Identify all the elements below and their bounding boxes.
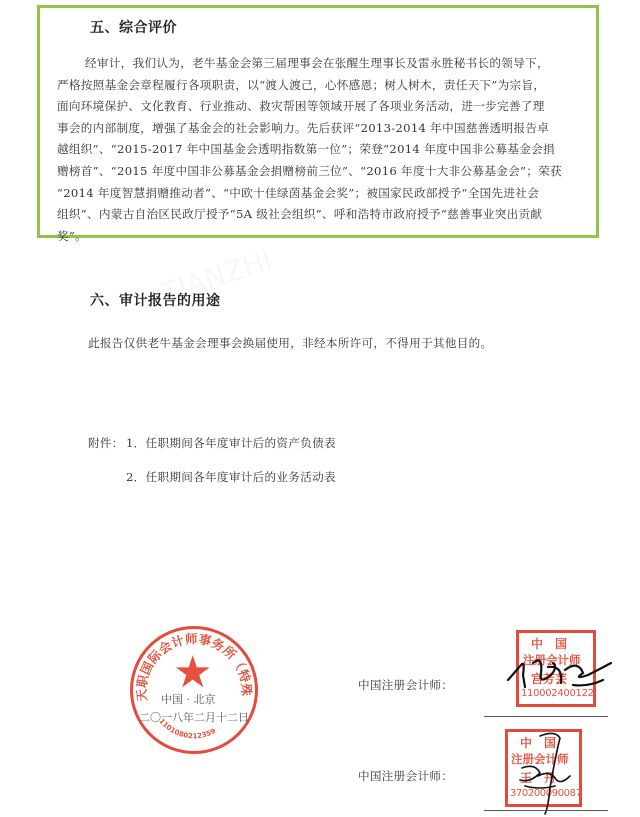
cpa-label-2: 中国注册会计师： <box>358 768 453 784</box>
document-page: TIANZHI 五、综合评价 经审计，我们认为，老牛基金会第三届理事会在张醒生理… <box>0 0 640 817</box>
para-line: 事会的内部制度，增强了基金会的社会影响力。先后获评“2013-2014 年中国慈… <box>57 118 562 140</box>
attachment-item-2: 2．任职期间各年度审计后的业务活动表 <box>126 469 336 485</box>
cpa-label-1: 中国注册会计师： <box>358 677 453 693</box>
para-line: 越组织”、“2015-2017 年中国基金会透明指数第一位”；荣登“2014 年… <box>57 139 562 161</box>
section5-title: 五、综合评价 <box>90 17 177 37</box>
para-line: “2014 年度智慧捐赠推动者”、“中欧十佳绿茵基金会奖”；被国家民政部授予“全… <box>57 183 562 205</box>
para-line: 组织”、内蒙古自治区民政厅授予“5A 级社会组织”、呼和浩特市政府授予“慈善事业… <box>57 204 562 226</box>
signature-line-1 <box>484 716 608 717</box>
attachment-item-1: 1．任职期间各年度审计后的资产负债表 <box>126 435 336 451</box>
para-line: 严格按照基金会章程履行各项职责，以“渡人渡己，心怀感恩；树人树木，责任天下”为宗… <box>57 75 562 97</box>
attachments-label: 附件： <box>88 435 124 451</box>
section6-text: 此报告仅供老牛基金会理事会换届使用，非经本所许可，不得用于其他目的。 <box>88 335 492 351</box>
firm-seal: 天职国际会计师事务所（特殊普通合伙） 1101080212359 ★ 中国 · … <box>130 626 258 754</box>
section5-paragraph: 经审计，我们认为，老牛基金会第三届理事会在张醒生理事长及雷永胜秘书长的领导下， … <box>57 53 562 247</box>
para-line: 面向环境保护、文化教育、行业推动、救灾帮困等领域开展了各项业务活动，进一步完善了… <box>57 96 562 118</box>
seal-date: 二〇一八年二月十二日 <box>139 709 249 725</box>
para-line: 奖”。 <box>57 226 562 248</box>
para-line: 赠榜首”、“2015 年度中国非公募基金会捐赠榜前三位”、“2016 年度十大非… <box>57 161 562 183</box>
signature-line-2 <box>484 810 608 811</box>
para-line: 经审计，我们认为，老牛基金会第三届理事会在张醒生理事长及雷永胜秘书长的领导下， <box>57 53 562 75</box>
section6-title: 六、审计报告的用途 <box>90 290 221 310</box>
signature-1-icon <box>503 645 618 695</box>
seal-location: 中国 · 北京 <box>161 691 216 707</box>
star-icon: ★ <box>173 651 212 695</box>
signature-2-icon <box>510 728 580 816</box>
